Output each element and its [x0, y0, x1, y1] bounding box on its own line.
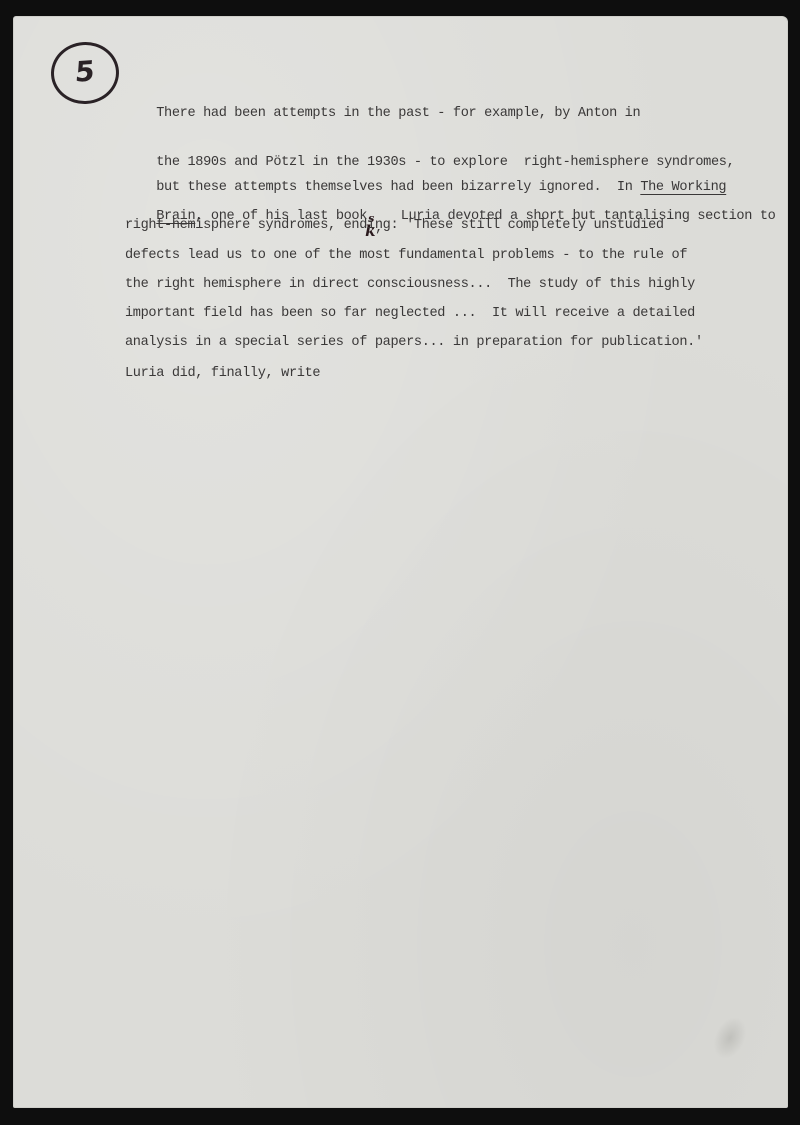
- page-number-text: 5: [74, 54, 96, 89]
- text-line-9: analysis in a special series of papers..…: [125, 333, 703, 353]
- circled-page-number: 5: [49, 40, 121, 107]
- text-line-1: There had been attempts in the past - fo…: [125, 104, 640, 124]
- text-line-5: right-hemisphere syndromes, ending: 'The…: [125, 216, 664, 236]
- text-line-7: the right hemisphere in direct conscious…: [125, 275, 695, 295]
- text-line-8: important field has been so far neglecte…: [125, 304, 695, 324]
- text-line-6: defects lead us to one of the most funda…: [125, 246, 687, 266]
- paper-smudge: [707, 1012, 753, 1065]
- text-line-10: Luria did, finally, write: [125, 364, 320, 384]
